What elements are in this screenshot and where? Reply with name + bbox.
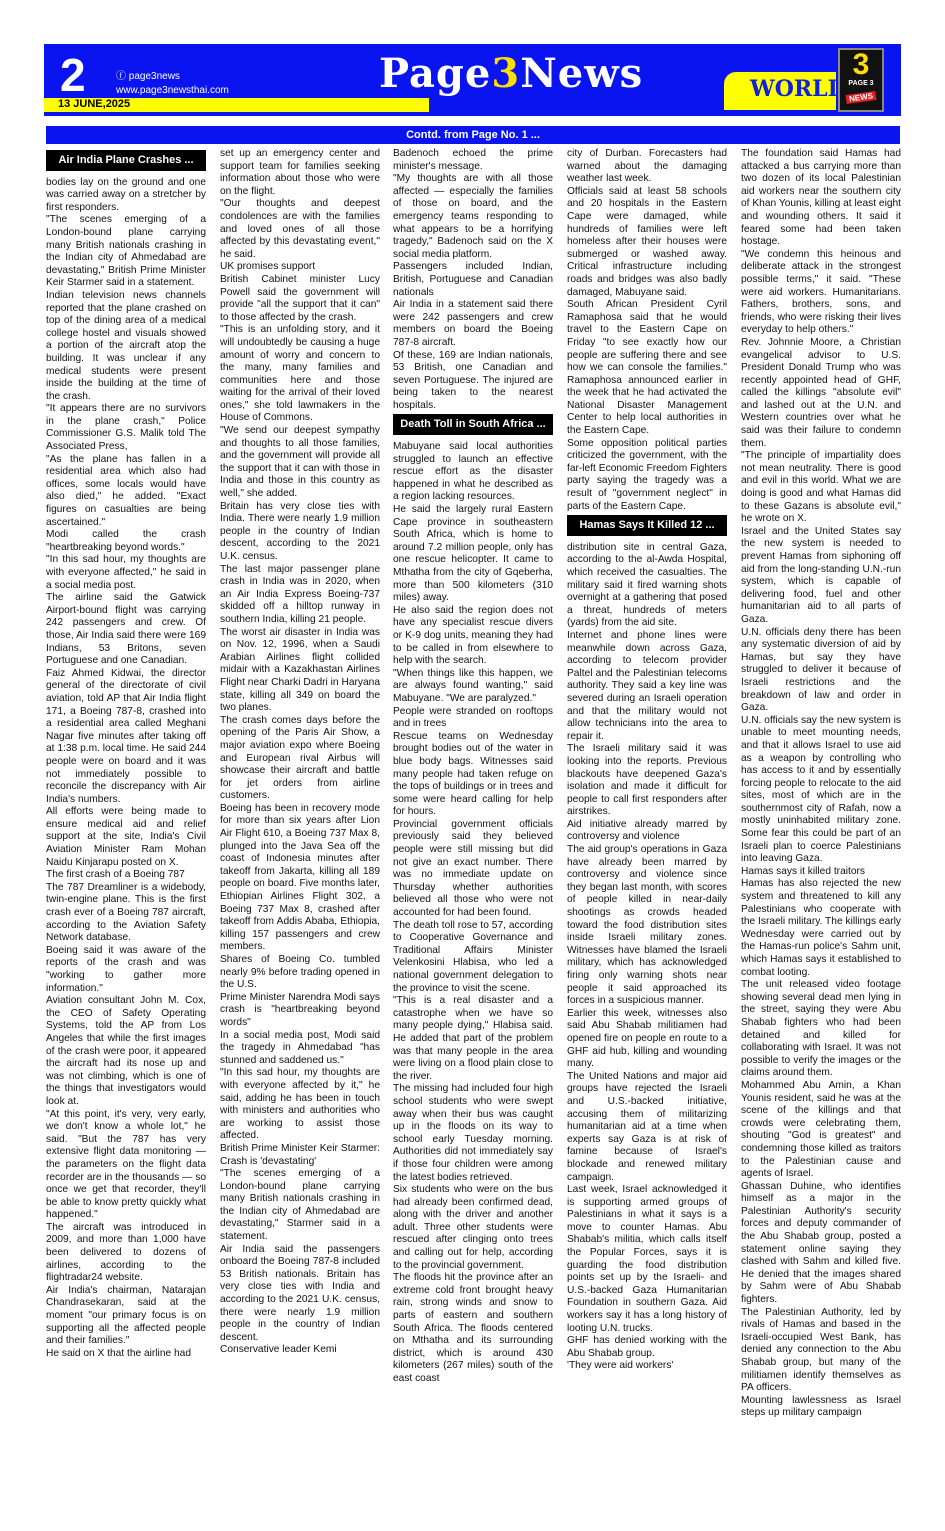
paragraph: Officials said at least 58 schools and 2… bbox=[567, 186, 727, 299]
paragraph: "The principle of impartiality does not … bbox=[741, 450, 901, 526]
paragraph: Hamas says it killed traitors bbox=[741, 866, 901, 879]
masthead: 2 ⓕ page3news www.page3newsthai.com 13 J… bbox=[44, 44, 901, 116]
paragraph: U.N. officials deny there has been any s… bbox=[741, 627, 901, 715]
article-column: Badenoch echoed the prime minister's mes… bbox=[393, 148, 553, 1386]
paragraph: Faiz Ahmed Kidwai, the director general … bbox=[46, 668, 206, 807]
paragraph: Britain has very close ties with India. … bbox=[220, 501, 380, 564]
paragraph: GHF has denied working with the Abu Shab… bbox=[567, 1335, 727, 1360]
section-heading: Death Toll in South Africa ... bbox=[393, 414, 553, 435]
paragraph: People were stranded on rooftops and in … bbox=[393, 706, 553, 731]
continued-banner: Contd. from Page No. 1 ... bbox=[46, 126, 900, 144]
article-column: city of Durban. Forecasters had warned a… bbox=[567, 148, 727, 1373]
section-label: WORLD bbox=[750, 76, 847, 102]
paragraph: The unit released video footage showing … bbox=[741, 979, 901, 1080]
social-links: ⓕ page3news www.page3newsthai.com bbox=[116, 70, 229, 98]
paragraph: Ghassan Duhine, who identifies himself a… bbox=[741, 1181, 901, 1307]
paragraph: Earlier this week, witnesses also said A… bbox=[567, 1008, 727, 1071]
paragraph: UK promises support bbox=[220, 261, 380, 274]
paragraph: Mohammed Abu Amin, a Khan Younis residen… bbox=[741, 1080, 901, 1181]
paragraph: In a social media post, Modi said the tr… bbox=[220, 1030, 380, 1068]
paragraph: The foundation said Hamas had attacked a… bbox=[741, 148, 901, 249]
page-number: 2 bbox=[60, 48, 86, 102]
facebook-icon: ⓕ bbox=[116, 71, 129, 82]
paragraph: Provincial government officials previous… bbox=[393, 819, 553, 920]
paragraph: Boeing said it was aware of the reports … bbox=[46, 945, 206, 995]
paragraph: The aid group's operations in Gaza have … bbox=[567, 844, 727, 1008]
paragraph: Indian television news channels reported… bbox=[46, 290, 206, 403]
paragraph: Rev. Johnnie Moore, a Christian evangeli… bbox=[741, 337, 901, 450]
paragraph: "This is an unfolding story, and it will… bbox=[220, 324, 380, 425]
paragraph: The worst air disaster in India was on N… bbox=[220, 627, 380, 715]
paragraph: Prime Minister Narendra Modi says crash … bbox=[220, 992, 380, 1030]
issue-date: 13 JUNE,2025 bbox=[58, 98, 130, 110]
paragraph: South African President Cyril Ramaphosa … bbox=[567, 299, 727, 438]
paragraph: The Palestinian Authority, led by rivals… bbox=[741, 1307, 901, 1395]
paragraph: Air India in a statement said there were… bbox=[393, 299, 553, 349]
paragraph: The United Nations and major aid groups … bbox=[567, 1071, 727, 1184]
paragraph: Mounting lawlessness as Israel steps up … bbox=[741, 1395, 901, 1420]
paragraph: "In this sad hour, my thoughts are with … bbox=[46, 554, 206, 592]
paragraph: Modi called the crash "heartbreaking bey… bbox=[46, 529, 206, 554]
paragraph: set up an emergency center and support t… bbox=[220, 148, 380, 198]
paragraph: He said the largely rural Eastern Cape p… bbox=[393, 504, 553, 605]
paragraph: "This is a real disaster and a catastrop… bbox=[393, 995, 553, 1083]
paragraph: U.N. officials say the new system is una… bbox=[741, 715, 901, 866]
paragraph: Aviation consultant John M. Cox, the CEO… bbox=[46, 995, 206, 1108]
paragraph: bodies lay on the ground and one was car… bbox=[46, 177, 206, 215]
paragraph: "The scenes emerging of a London-bound p… bbox=[46, 214, 206, 290]
paragraph: "My thoughts are with all those affected… bbox=[393, 173, 553, 261]
paragraph: The first crash of a Boeing 787 bbox=[46, 869, 206, 882]
paragraph: Shares of Boeing Co. tumbled nearly 9% b… bbox=[220, 954, 380, 992]
paragraph: The Israeli military said it was looking… bbox=[567, 743, 727, 819]
paragraph: The crash comes days before the opening … bbox=[220, 715, 380, 803]
paragraph: The missing had included four high schoo… bbox=[393, 1083, 553, 1184]
paragraph: The 787 Dreamliner is a widebody, twin-e… bbox=[46, 882, 206, 945]
paragraph: "When things like this happen, we are al… bbox=[393, 668, 553, 706]
paragraph: Boeing has been in recovery mode for mor… bbox=[220, 803, 380, 954]
paragraph: The aircraft was introduced in 2009, and… bbox=[46, 1222, 206, 1285]
paragraph: Mabuyane said local authorities struggle… bbox=[393, 441, 553, 504]
paragraph: Rescue teams on Wednesday brought bodies… bbox=[393, 731, 553, 819]
paragraph: Hamas has also rejected the new system a… bbox=[741, 878, 901, 979]
paragraph: Of these, 169 are Indian nationals, 53 B… bbox=[393, 350, 553, 413]
facebook-handle[interactable]: page3news bbox=[129, 71, 180, 82]
paragraph: distribution site in central Gaza, accor… bbox=[567, 542, 727, 630]
paragraph: Six students who were on the bus had alr… bbox=[393, 1184, 553, 1272]
page3-badge-icon: 3 PAGE 3 NEWS bbox=[838, 48, 884, 112]
paragraph: "As the plane has fallen in a residentia… bbox=[46, 454, 206, 530]
paragraph: The death toll rose to 57, according to … bbox=[393, 920, 553, 996]
paragraph: Air India said the passengers onboard th… bbox=[220, 1244, 380, 1345]
section-heading: Air India Plane Crashes ... bbox=[46, 150, 206, 171]
paragraph: Conservative leader Kemi bbox=[220, 1344, 380, 1357]
paragraph: "In this sad hour, my thoughts are with … bbox=[220, 1067, 380, 1143]
paragraph: The airline said the Gatwick Airport-bou… bbox=[46, 592, 206, 668]
paragraph: British Prime Minister Keir Starmer: Cra… bbox=[220, 1143, 380, 1168]
article-column: The foundation said Hamas had attacked a… bbox=[741, 148, 901, 1420]
paragraph: Air India's chairman, Natarajan Chandras… bbox=[46, 1285, 206, 1348]
paragraph: Internet and phone lines were meanwhile … bbox=[567, 630, 727, 743]
paragraph: He said on X that the airline had bbox=[46, 1348, 206, 1361]
paragraph: Aid initiative already marred by controv… bbox=[567, 819, 727, 844]
paragraph: "The scenes emerging of a London-bound p… bbox=[220, 1168, 380, 1244]
paragraph: city of Durban. Forecasters had warned a… bbox=[567, 148, 727, 186]
section-heading: Hamas Says It Killed 12 ... bbox=[567, 515, 727, 536]
paragraph: "At this point, it's very, very early, w… bbox=[46, 1109, 206, 1222]
paragraph: Badenoch echoed the prime minister's mes… bbox=[393, 148, 553, 173]
paragraph: The floods hit the province after an ext… bbox=[393, 1272, 553, 1385]
paragraph: Passengers included Indian, British, Por… bbox=[393, 261, 553, 299]
website-link[interactable]: www.page3newsthai.com bbox=[116, 84, 229, 98]
paragraph: Some opposition political parties critic… bbox=[567, 438, 727, 514]
article-column: set up an emergency center and support t… bbox=[220, 148, 380, 1357]
paragraph: Israel and the United States say the new… bbox=[741, 526, 901, 627]
paragraph: "We condemn this heinous and deliberate … bbox=[741, 249, 901, 337]
paragraph: All efforts were being made to ensure me… bbox=[46, 806, 206, 869]
paragraph: "We send our deepest sympathy and though… bbox=[220, 425, 380, 501]
newspaper-logo: Page3News bbox=[379, 50, 643, 97]
paragraph: Last week, Israel acknowledged it is sup… bbox=[567, 1184, 727, 1335]
paragraph: "Our thoughts and deepest condolences ar… bbox=[220, 198, 380, 261]
paragraph: 'They were aid workers' bbox=[567, 1360, 727, 1373]
paragraph: "It appears there are no survivors in th… bbox=[46, 403, 206, 453]
paragraph: British Cabinet minister Lucy Powell sai… bbox=[220, 274, 380, 324]
article-column: Air India Plane Crashes ...bodies lay on… bbox=[46, 148, 206, 1360]
paragraph: He also said the region does not have an… bbox=[393, 605, 553, 668]
paragraph: The last major passenger plane crash in … bbox=[220, 564, 380, 627]
